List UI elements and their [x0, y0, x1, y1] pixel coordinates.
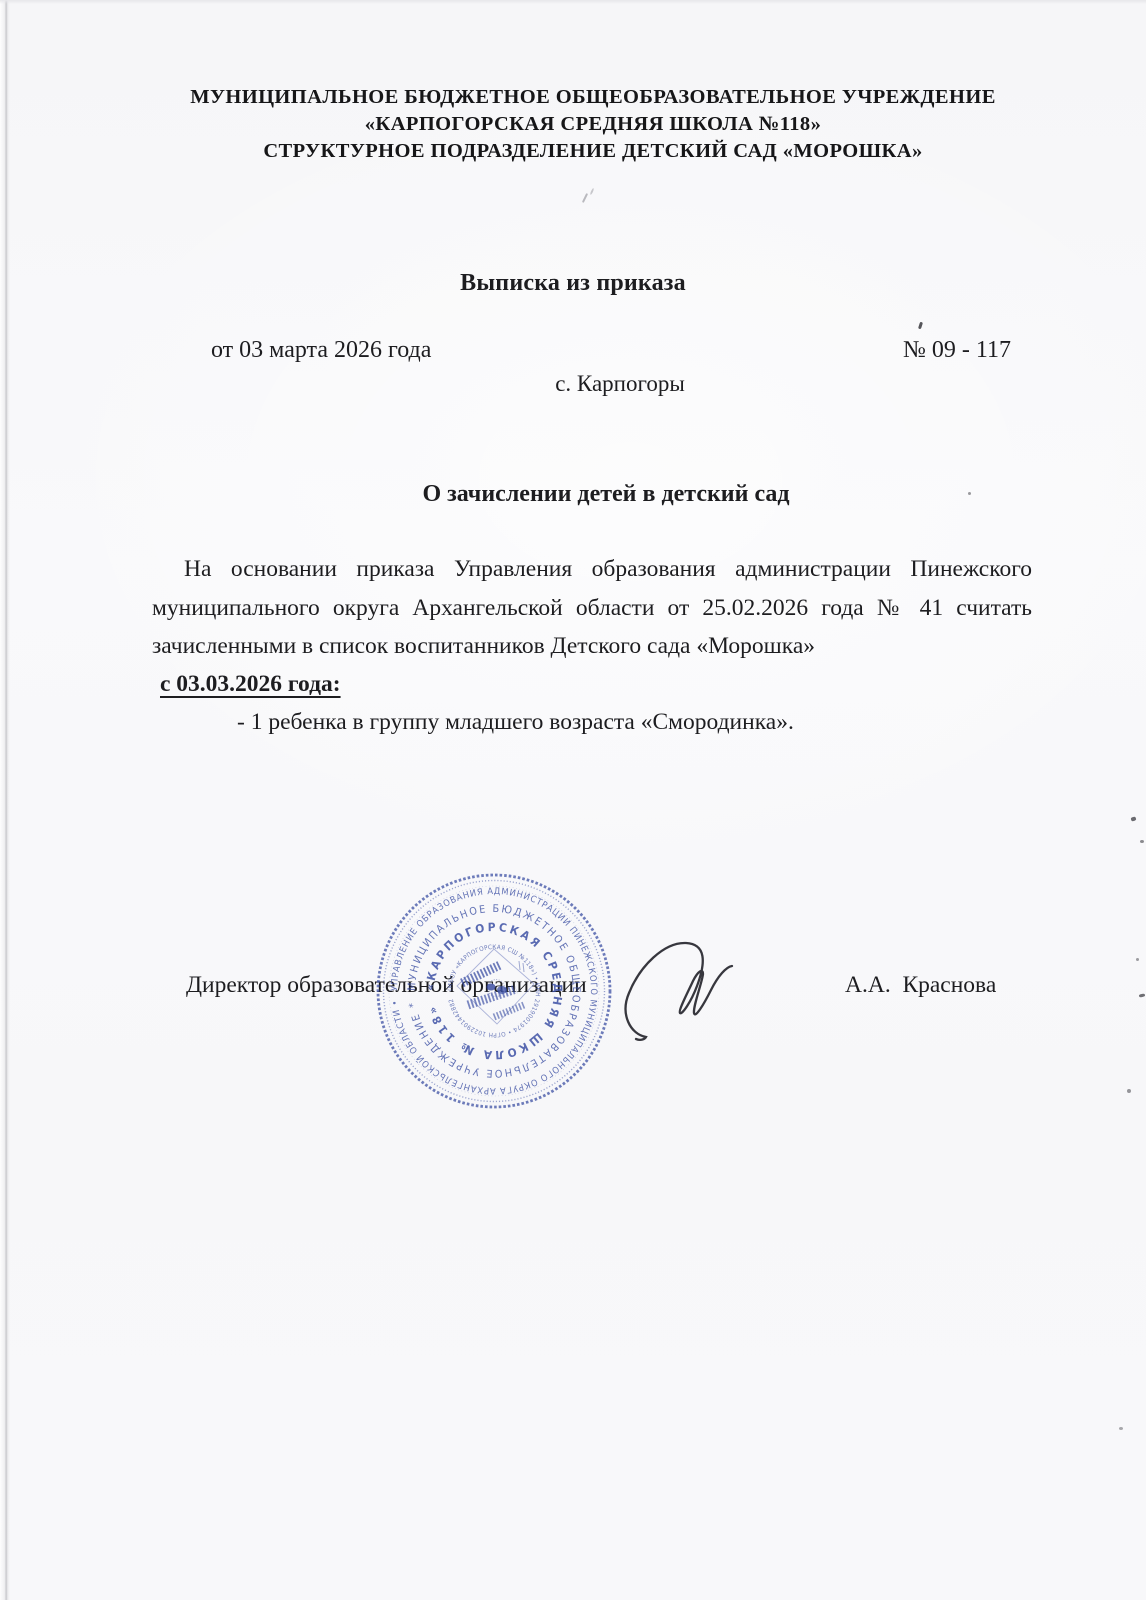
- scan-speck: [968, 492, 971, 495]
- order-date: от 03 марта 2026 года: [211, 337, 431, 364]
- scan-speck: [1140, 840, 1144, 843]
- org-header-line-1: МУНИЦИПАЛЬНОЕ БЮДЖЕТНОЕ ОБЩЕОБРАЗОВАТЕЛЬ…: [40, 84, 1146, 111]
- document-title: Выписка из приказа: [0, 270, 1146, 297]
- scanned-order-page: МУНИЦИПАЛЬНОЕ БЮДЖЕТНОЕ ОБЩЕОБРАЗОВАТЕЛЬ…: [0, 0, 1146, 1600]
- body-paragraph-line-2: муниципального округа Архангельской обла…: [152, 595, 1032, 622]
- scan-speck: [582, 193, 588, 203]
- body-paragraph-line-3: зачисленными в список воспитанников Детс…: [152, 633, 1032, 660]
- official-round-stamp: УПРАВЛЕНИЕ ОБРАЗОВАНИЯ АДМИНИСТРАЦИИ ПИН…: [372, 869, 616, 1113]
- body-paragraph-line-1: На основании приказа Управления образова…: [152, 556, 1032, 583]
- scan-speck: [1136, 958, 1139, 961]
- scan-speck: [1119, 1427, 1123, 1430]
- org-header-line-3: СТРУКТУРНОЕ ПОДРАЗДЕЛЕНИЕ ДЕТСКИЙ САД «М…: [40, 138, 1146, 165]
- enrollment-list-item: - 1 ребенка в группу младшего возраста «…: [237, 709, 1117, 736]
- signer-name: А.А. Краснова: [845, 972, 996, 999]
- handwritten-signature: [600, 925, 760, 1050]
- svg-text:«КАРПОГОРСКАЯ СРЕДНЯЯ ШКОЛА №: «КАРПОГОРСКАЯ СРЕДНЯЯ ШКОЛА № 118»: [423, 920, 565, 1062]
- scan-speck: [590, 188, 595, 195]
- scan-speck: [1130, 816, 1136, 821]
- stamp-ring-outer-text: УПРАВЛЕНИЕ ОБРАЗОВАНИЯ АДМИНИСТРАЦИИ ПИН…: [390, 887, 598, 1095]
- scan-speck: [918, 322, 923, 330]
- scan-speck: [1127, 1089, 1131, 1093]
- order-number: № 09 - 117: [903, 337, 1011, 364]
- order-subject: О зачислении детей в детский сад: [66, 481, 1146, 508]
- scan-speck: [1139, 993, 1145, 997]
- effective-date-line: с 03.03.2026 года:: [160, 671, 1040, 698]
- org-header-line-2: «КАРПОГОРСКАЯ СРЕДНЯЯ ШКОЛА №118»: [40, 111, 1146, 138]
- order-place: с. Карпогоры: [94, 371, 1146, 397]
- svg-text:УПРАВЛЕНИЕ ОБРАЗОВАНИЯ АДМИНИС: УПРАВЛЕНИЕ ОБРАЗОВАНИЯ АДМИНИСТРАЦИИ ПИН…: [390, 887, 598, 1095]
- scan-edge-left: [0, 0, 10, 1600]
- stamp-ring-school-text: «КАРПОГОРСКАЯ СРЕДНЯЯ ШКОЛА № 118»: [423, 920, 565, 1062]
- scan-edge-top: [0, 0, 1146, 4]
- org-header: МУНИЦИПАЛЬНОЕ БЮДЖЕТНОЕ ОБЩЕОБРАЗОВАТЕЛЬ…: [40, 84, 1146, 165]
